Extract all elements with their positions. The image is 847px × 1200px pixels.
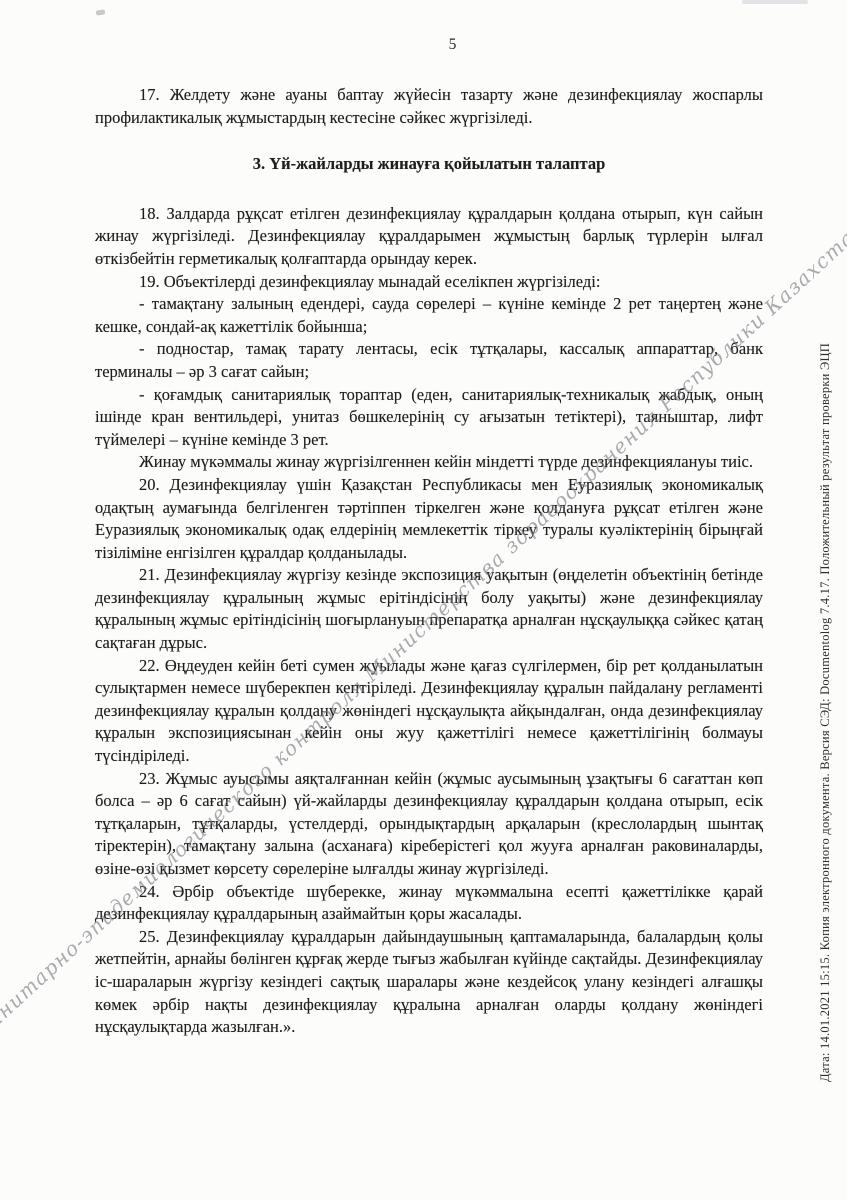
document-body: 17. Желдету және ауаны баптау жүйесін та… xyxy=(95,84,763,1039)
paragraph-19-note: Жинау мүкәммалы жинау жүргізілгеннен кей… xyxy=(95,451,763,474)
paragraph-22: 22. Өңдеуден кейін беті сумен жуылады жә… xyxy=(95,655,763,768)
document-page: 5 17. Желдету және ауаны баптау жүйесін … xyxy=(0,0,847,1200)
paragraph-25: 25. Дезинфекциялау құралдарын дайындаушы… xyxy=(95,926,763,1039)
paragraph-23: 23. Жұмыс ауысымы аяқталғаннан кейін (жұ… xyxy=(95,768,763,881)
paragraph-19-item-1: - тамақтану залының едендері, сауда сөре… xyxy=(95,293,763,338)
scan-artifact xyxy=(742,0,808,4)
paragraph-19-item-3: - қоғамдық санитариялық тораптар (еден, … xyxy=(95,384,763,452)
paragraph-19-item-2: - подностар, тамақ тарату лентасы, есік … xyxy=(95,338,763,383)
paragraph-17: 17. Желдету және ауаны баптау жүйесін та… xyxy=(95,84,763,129)
scan-artifact xyxy=(96,9,106,15)
scanned-document-page: { "page": { "number": "5" }, "document":… xyxy=(0,0,847,1200)
eds-verification-note: Дата: 14.01.2021 15:15. Копия электронно… xyxy=(818,343,833,1082)
paragraph-21: 21. Дезинфекциялау жүргізу кезінде экспо… xyxy=(95,564,763,654)
page-number: 5 xyxy=(0,36,847,54)
paragraph-18: 18. Залдарда рұқсат етілген дезинфекциял… xyxy=(95,203,763,271)
paragraph-19-intro: 19. Объектілерді дезинфекциялау мынадай … xyxy=(95,271,763,294)
section-heading: 3. Үй-жайларды жинауға қойылатын талапта… xyxy=(95,153,763,176)
paragraph-20: 20. Дезинфекциялау үшін Қазақстан Респуб… xyxy=(95,474,763,564)
paragraph-24: 24. Әрбір объектіде шүберекке, жинау мүк… xyxy=(95,881,763,926)
